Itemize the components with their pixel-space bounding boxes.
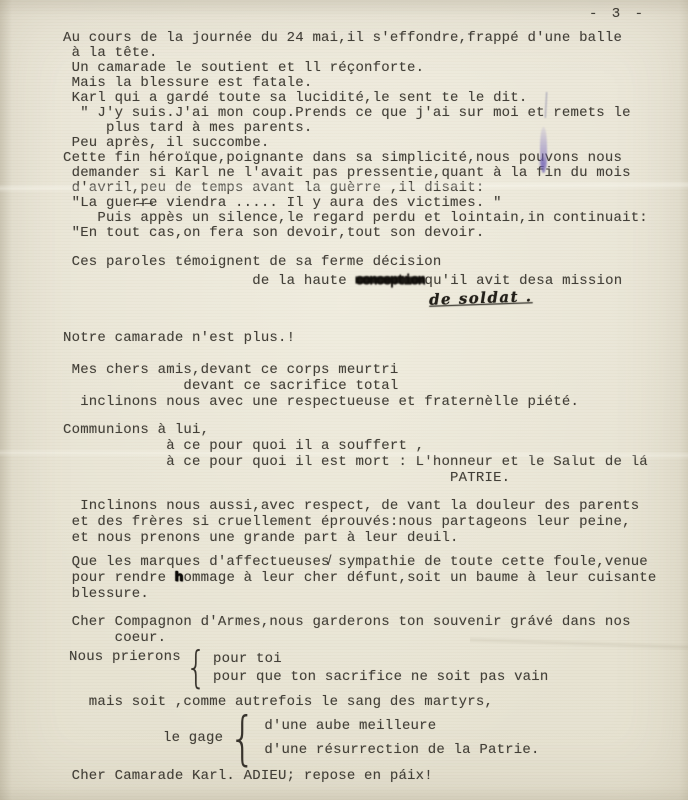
- text-line: Communions à lui,: [63, 422, 674, 438]
- text-line: PATRIE.: [63, 470, 674, 486]
- handwritten-annotation: de soldat .: [429, 287, 533, 309]
- text-line: Inclinons nous aussi,avec respect, de va…: [63, 498, 674, 514]
- text-line: d'une résurrection de la Patrie.: [264, 738, 539, 762]
- text-line: Cher Camarade Karl. ADIEU; repose en pái…: [63, 768, 674, 784]
- scanned-typewritten-page: - 3 - Au cours de la journée du 24 mai,i…: [0, 0, 688, 800]
- page-number: - 3 -: [589, 6, 646, 22]
- text-line: Que les marques d'affectueuses̸ sympathi…: [63, 554, 674, 570]
- text-line: à ce pour quoi il est mort : L'honneur e…: [63, 454, 674, 470]
- text-line: d'une aube meilleure: [264, 714, 539, 738]
- text-line: Au cours de la journée du 24 mai,il s'ef…: [63, 31, 674, 46]
- text-line-with-blot: pour rendre hommage à leur cher défunt,s…: [63, 570, 674, 586]
- text-segment: pour rendre: [63, 570, 175, 586]
- text-line: à ce pour quoi il a souffert ,: [63, 438, 674, 454]
- text-line: mais soit ,comme autrefois le sang des m…: [63, 694, 674, 710]
- text-line: plus tard à mes parents.: [63, 121, 674, 136]
- text-line-with-strikeout: de la haute conceptionqu'il avit desa mi…: [63, 274, 674, 289]
- text-line: inclinons nous avec une respectueuse et …: [63, 394, 674, 410]
- brace-label: Nous prierons: [69, 648, 181, 666]
- paragraph-adieu: Cher Camarade Karl. ADIEU; repose en pái…: [63, 768, 674, 784]
- left-brace-glyph: {: [186, 648, 206, 688]
- text-line: à la tête.: [63, 46, 674, 61]
- text-line: Notre camarade n'est plus.!: [63, 331, 674, 346]
- paragraph-compagnon: Cher Compagnon d'Armes,nous garderons to…: [63, 614, 674, 646]
- left-brace-glyph: {: [229, 712, 256, 764]
- text-line: Cette fin héroïque,poignante dans sa sim…: [63, 151, 674, 166]
- struck-out-word: conception: [355, 273, 424, 289]
- gage-brace-group: le gage { d'une aube meilleure d'une rés…: [163, 712, 674, 764]
- document-body: Au cours de la journée du 24 mai,il s'ef…: [63, 31, 674, 784]
- text-line: Un camarade le soutient et ll réçonforte…: [63, 61, 674, 76]
- text-line: Puis appès un silence,le regard perdu et…: [63, 211, 674, 226]
- text-line: Mes chers amis,devant ce corps meurtri: [63, 362, 674, 378]
- paragraph-paroles: Ces paroles témoignent de sa ferme décis…: [63, 255, 674, 309]
- prayer-brace-group: Nous prierons { pour toi pour que ton sa…: [69, 648, 674, 688]
- text-line: blessure.: [63, 586, 674, 602]
- text-line: Ces paroles témoignent de sa ferme décis…: [63, 255, 674, 270]
- paragraph-mais-soit: mais soit ,comme autrefois le sang des m…: [63, 694, 674, 710]
- text-line: pour toi: [213, 650, 548, 668]
- paragraph-sympathie: Que les marques d'affectueuses̸ sympathi…: [63, 554, 674, 602]
- text-line: "La guer̶r̶e viendra ..... Il y aura des…: [63, 196, 674, 211]
- paragraph-chers-amis: Mes chers amis,devant ce corps meurtri d…: [63, 362, 674, 410]
- ink-smudge-blob: [538, 156, 548, 171]
- text-line: demander si Karl ne l'avait pas pressent…: [63, 166, 674, 181]
- text-segment: ommage à leur cher défunt,soit un baume …: [183, 570, 656, 586]
- text-line: Cher Compagnon d'Armes,nous garderons to…: [63, 614, 674, 630]
- paragraph-camarade: Notre camarade n'est plus.!: [63, 331, 674, 346]
- handwritten-line: de soldat .: [63, 289, 674, 309]
- text-segment: de la haute: [63, 273, 355, 289]
- text-line: "En tout cas,on fera son devoir,tout son…: [63, 226, 674, 241]
- text-line: Mais la blessure est fatale.: [63, 76, 674, 91]
- paragraph-death-account: Au cours de la journée du 24 mai,il s'ef…: [63, 31, 674, 241]
- paragraph-communions: Communions à lui, à ce pour quoi il a so…: [63, 422, 674, 486]
- paragraph-inclinons: Inclinons nous aussi,avec respect, de va…: [63, 498, 674, 546]
- brace-lines: pour toi pour que ton sacrifice ne soit …: [213, 650, 548, 686]
- text-line: " J'y suis.J'ai mon coup.Prends ce que j…: [63, 106, 674, 121]
- text-line: devant ce sacrifice total: [63, 378, 674, 394]
- text-line: coeur.: [63, 630, 674, 646]
- text-line: Peu après, il succombe.: [63, 136, 674, 151]
- brace-lines: d'une aube meilleure d'une résurrection …: [264, 714, 539, 762]
- text-line: pour que ton sacrifice ne soit pas vain: [213, 668, 548, 686]
- text-line: Karl qui a gardé toute sa lucidité,le se…: [63, 91, 674, 106]
- brace-label: le gage: [163, 730, 223, 746]
- text-line: et des frères si cruellement éprouvés:no…: [63, 514, 674, 530]
- text-line: d'avril,peu de temps avant la guèrre ,il…: [63, 181, 674, 196]
- text-line: et nous prenons une grande part à leur d…: [63, 530, 674, 546]
